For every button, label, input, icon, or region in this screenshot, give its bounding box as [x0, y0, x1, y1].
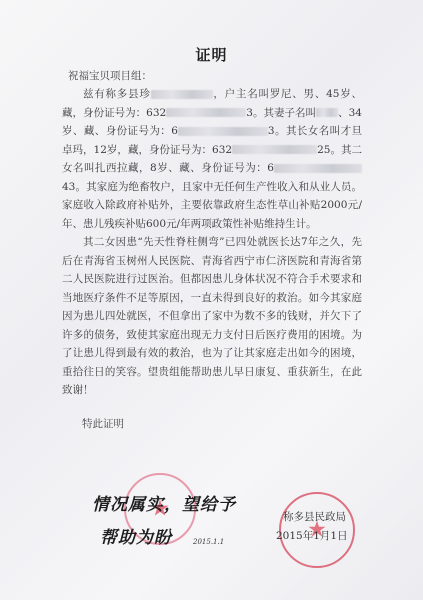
redacted-name — [316, 108, 338, 117]
redacted-id-number — [274, 164, 362, 173]
closing-line: 特此证明 — [82, 416, 124, 431]
redacted-id-number — [232, 145, 317, 154]
redacted-address — [151, 90, 213, 99]
redacted-id-number — [166, 108, 246, 117]
handwritten-date: 2015.1.1 — [193, 538, 224, 546]
document-page: 证明 祝福宝贝项目组： 兹有称多县珍，户主名叫罗尼、男、45岁、藏，身份证号为：… — [0, 0, 423, 600]
text-segment: 3。其妻子名叫 — [246, 107, 316, 119]
paragraph-medical-history: 其二女因患“先天性脊柱侧弯”已四处就医长达7年之久，先后在青海省玉树州人民医院、… — [62, 233, 362, 400]
document-title: 证明 — [0, 44, 423, 65]
handwritten-endorsement-line2: 帮助为盼 — [100, 523, 172, 548]
issuer-name: 称多县民政局 — [283, 509, 346, 524]
handwritten-endorsement-line1: 情况属实，望给予 — [92, 490, 236, 515]
issue-date: 2015年1月1日 — [276, 528, 348, 543]
salutation: 祝福宝贝项目组： — [68, 68, 152, 83]
redacted-id-number — [178, 127, 268, 136]
paragraph-family-info: 兹有称多县珍，户主名叫罗尼、男、45岁、藏，身份证号为：6323。其妻子名叫、3… — [62, 85, 362, 233]
text-segment: 兹有称多县珍 — [83, 88, 151, 100]
text-segment: 43。其家庭为绝畜牧户，且家中无任何生产性收入和从业人员。家庭收入除政府补贴外，… — [62, 181, 362, 230]
document-body: 兹有称多县珍，户主名叫罗尼、男、45岁、藏，身份证号为：6323。其妻子名叫、3… — [62, 85, 362, 400]
